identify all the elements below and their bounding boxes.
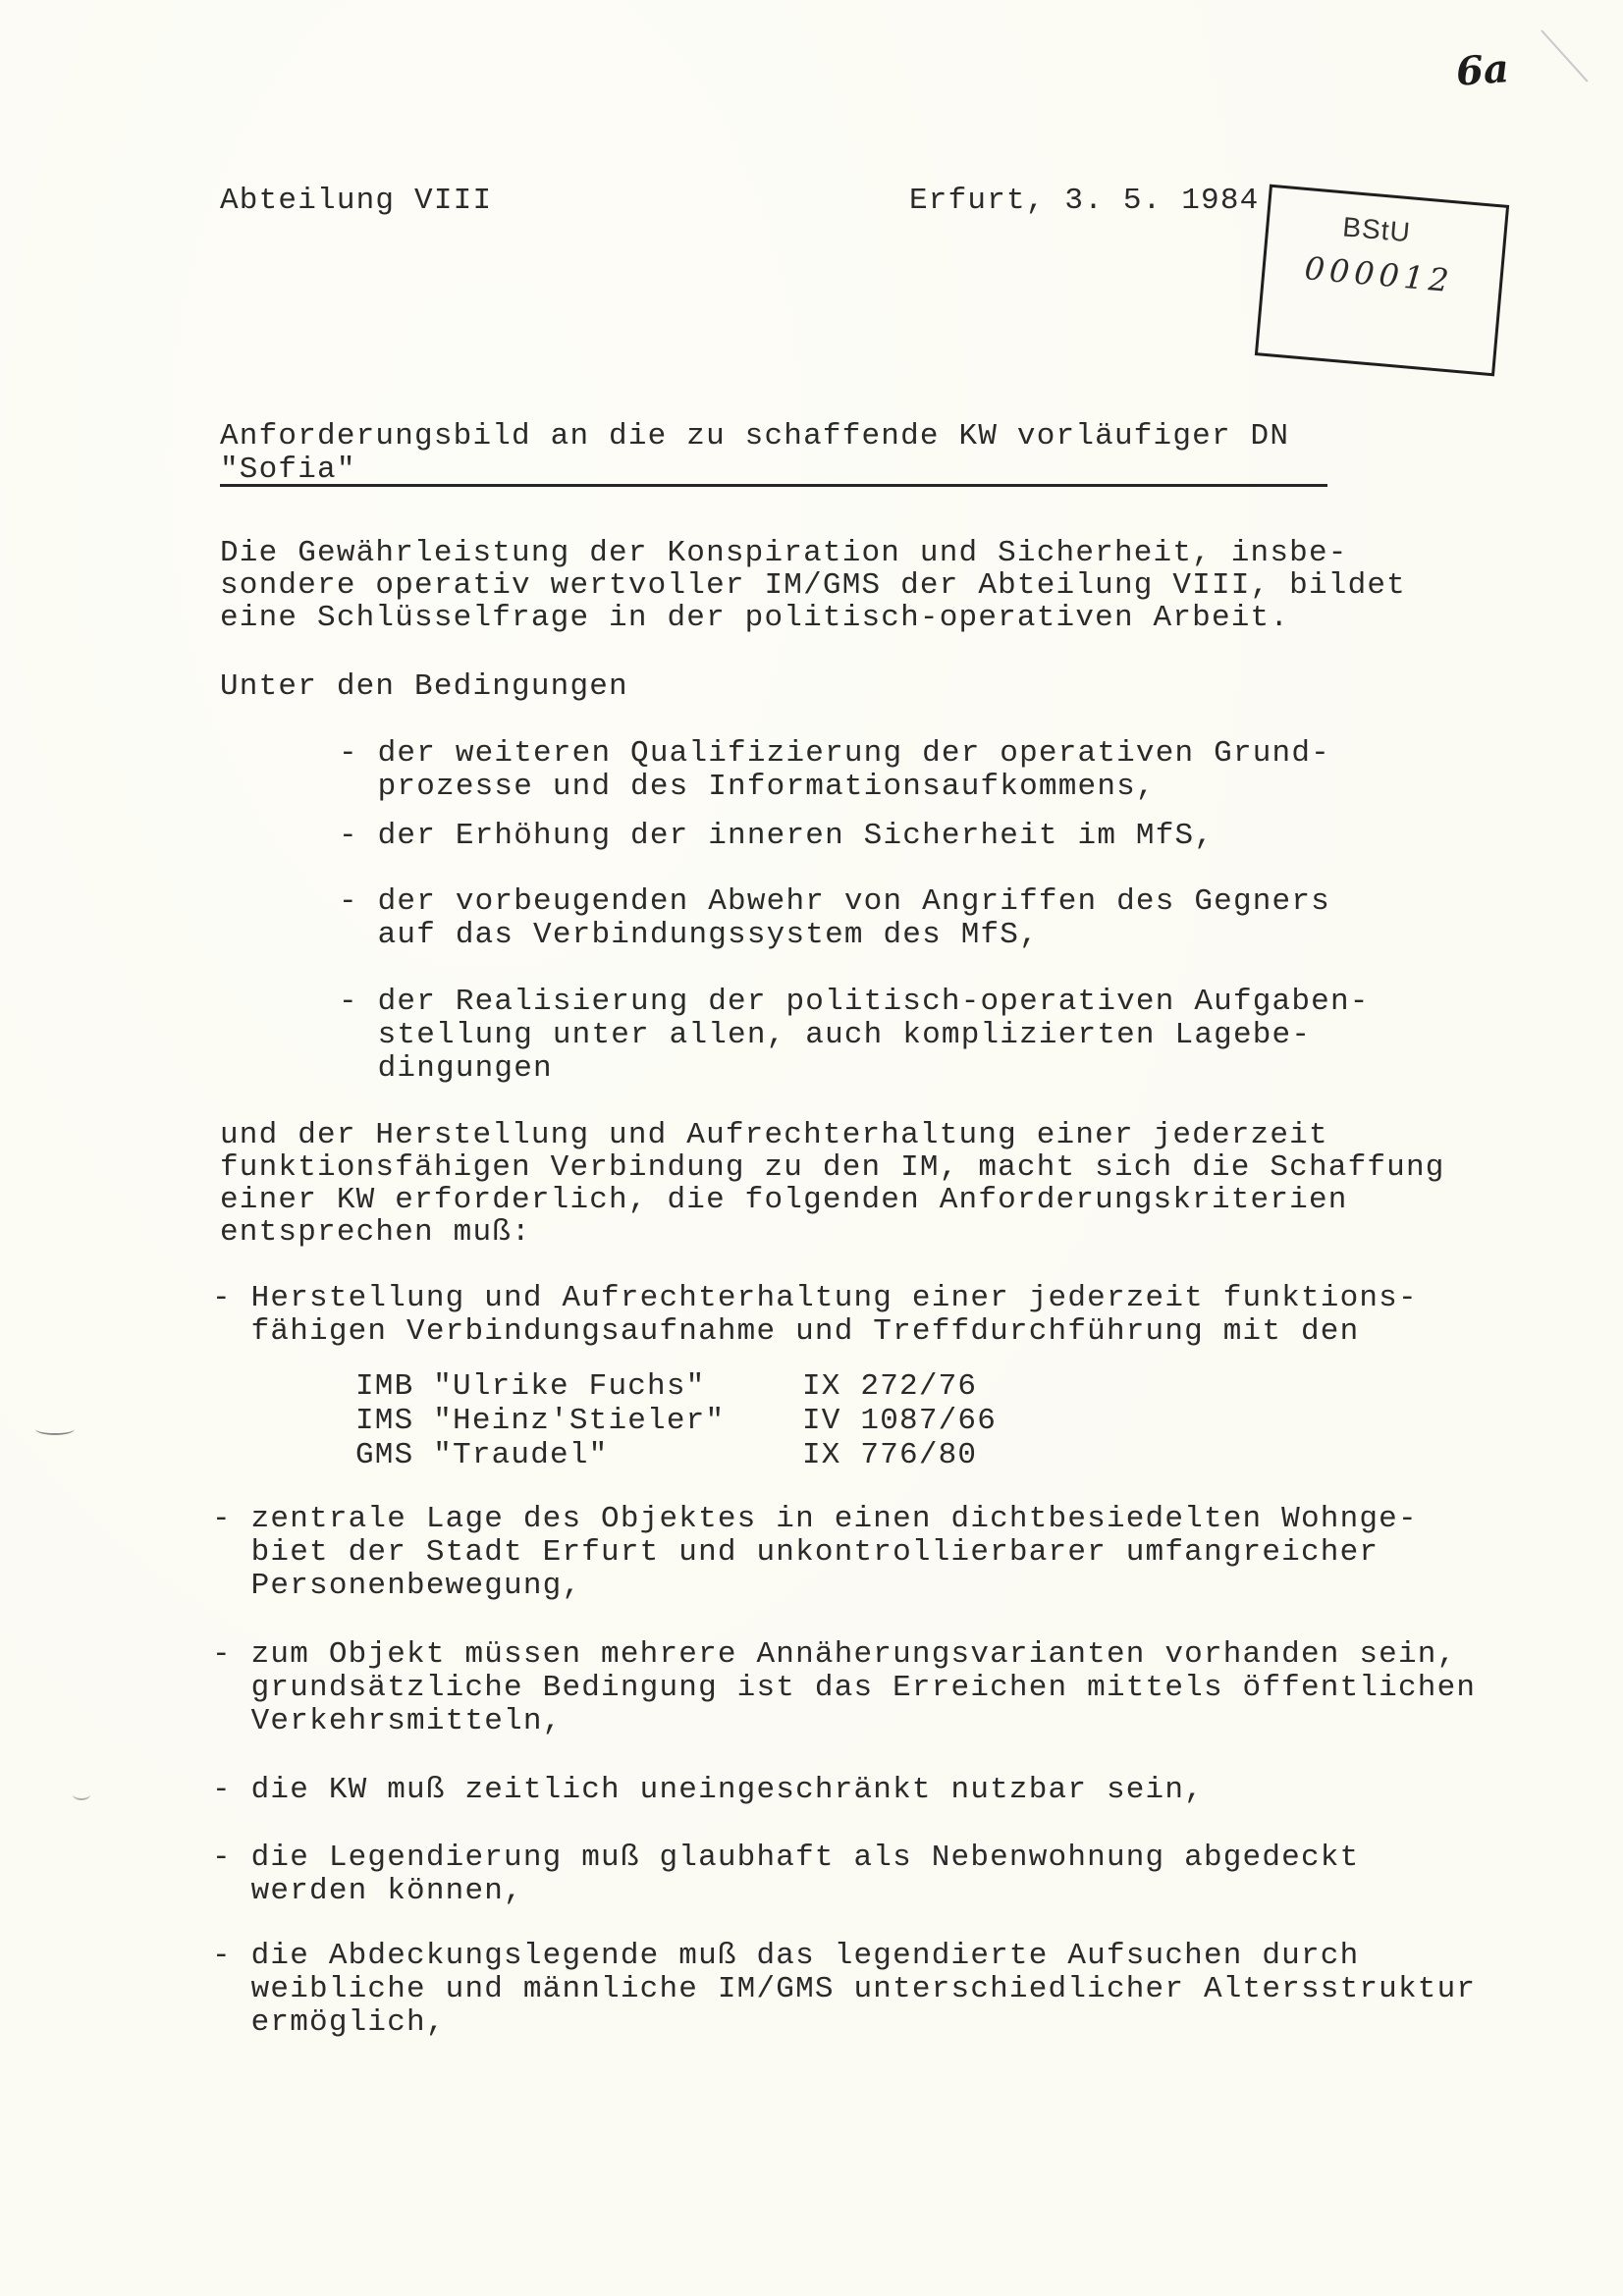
list-line: - zentrale Lage des Objektes in einen di… <box>212 1503 1418 1536</box>
list-line: grundsätzliche Bedingung ist das Erreich… <box>212 1672 1476 1705</box>
list-line: - zum Objekt müssen mehrere Annäherungsv… <box>212 1638 1476 1672</box>
list-line: - die Legendierung muß glaubhaft als Neb… <box>212 1842 1359 1875</box>
paragraph-line: eine Schlüsselfrage in der politisch-ope… <box>220 602 1406 634</box>
list-line: Verkehrsmitteln, <box>212 1705 1476 1738</box>
paragraph-line: sondere operativ wertvoller IM/GMS der A… <box>220 569 1406 602</box>
condition-item: - der Erhöhung der inneren Sicherheit im… <box>339 820 1214 853</box>
handwritten-page-number: 6a <box>1454 45 1510 95</box>
criterion-item: - die Abdeckungslegende muß das legendie… <box>212 1940 1476 2040</box>
department-label: Abteilung VIII <box>220 185 492 218</box>
criterion-item: - die Legendierung muß glaubhaft als Neb… <box>212 1842 1359 1908</box>
paragraph-line: Die Gewährleistung der Konspiration und … <box>220 537 1406 569</box>
contact-registration: IX 272/76 <box>802 1369 977 1404</box>
list-line: weibliche und männliche IM/GMS unterschi… <box>212 1973 1476 2006</box>
list-line: - der weiteren Qualifizierung der operat… <box>339 737 1330 771</box>
criterion-item: - zum Objekt müssen mehrere Annäherungsv… <box>212 1638 1476 1738</box>
list-line: stellung unter allen, auch komplizierten… <box>339 1019 1370 1052</box>
main-paragraph: und der Herstellung und Aufrechterhaltun… <box>220 1119 1445 1249</box>
contact-registration: IV 1087/66 <box>802 1404 997 1438</box>
conditions-intro: Unter den Bedingungen <box>220 670 628 704</box>
list-line: prozesse und des Informationsaufkommens, <box>339 771 1330 804</box>
list-line: - der Realisierung der politisch-operati… <box>339 986 1370 1019</box>
list-line: auf das Verbindungssystem des MfS, <box>339 919 1330 952</box>
list-line: Personenbewegung, <box>212 1570 1418 1603</box>
contact-name: GMS "Traudel" <box>355 1438 802 1472</box>
condition-item: - der weiteren Qualifizierung der operat… <box>339 737 1330 804</box>
paragraph-line: und der Herstellung und Aufrechterhaltun… <box>220 1119 1445 1151</box>
archive-stamp: BStU 000012 <box>1255 185 1509 377</box>
document-page: 6a Abteilung VIII Erfurt, 3. 5. 1984 BSt… <box>0 0 1623 2296</box>
title-underline <box>220 484 1327 487</box>
intro-paragraph: Die Gewährleistung der Konspiration und … <box>220 537 1406 634</box>
contact-name: IMB "Ulrike Fuchs" <box>355 1369 802 1404</box>
margin-pencil-mark <box>35 1423 75 1435</box>
list-line: - Herstellung und Aufrechterhaltung eine… <box>212 1282 1418 1315</box>
contact-list: IMB "Ulrike Fuchs"IX 272/76 IMS "Heinz'S… <box>355 1369 997 1472</box>
paragraph-line: einer KW erforderlich, die folgenden Anf… <box>220 1184 1445 1216</box>
contact-row: GMS "Traudel"IX 776/80 <box>355 1438 997 1472</box>
contact-registration: IX 776/80 <box>802 1438 977 1472</box>
list-line: biet der Stadt Erfurt und unkontrollierb… <box>212 1536 1418 1570</box>
criterion-item: - Herstellung und Aufrechterhaltung eine… <box>212 1282 1418 1349</box>
list-line: werden können, <box>212 1875 1359 1908</box>
list-line: dingungen <box>339 1052 1370 1086</box>
list-line: - die Abdeckungslegende muß das legendie… <box>212 1940 1476 1973</box>
list-line: ermöglich, <box>212 2006 1476 2040</box>
title-line-1: Anforderungsbild an die zu schaffende KW… <box>220 420 1289 454</box>
stamp-label: BStU <box>1341 211 1412 248</box>
condition-item: - der vorbeugenden Abwehr von Angriffen … <box>339 885 1330 952</box>
contact-row: IMS "Heinz'Stieler"IV 1087/66 <box>355 1404 997 1438</box>
criterion-item: - die KW muß zeitlich uneingeschränkt nu… <box>212 1774 1204 1807</box>
contact-name: IMS "Heinz'Stieler" <box>355 1404 802 1438</box>
list-line: - der vorbeugenden Abwehr von Angriffen … <box>339 885 1330 919</box>
document-title: Anforderungsbild an die zu schaffende KW… <box>220 420 1289 487</box>
contact-row: IMB "Ulrike Fuchs"IX 272/76 <box>355 1369 997 1404</box>
stamp-number: 000012 <box>1303 249 1455 299</box>
title-line-2: "Sofia" <box>220 454 1289 487</box>
criterion-item: - zentrale Lage des Objektes in einen di… <box>212 1503 1418 1603</box>
condition-item: - der Realisierung der politisch-operati… <box>339 986 1370 1086</box>
paragraph-line: entsprechen muß: <box>220 1216 1445 1249</box>
margin-pencil-mark <box>73 1789 90 1800</box>
list-line: - die KW muß zeitlich uneingeschränkt nu… <box>212 1774 1204 1807</box>
paragraph-line: funktionsfähigen Verbindung zu den IM, m… <box>220 1151 1445 1184</box>
paper-corner-mark <box>1541 29 1588 81</box>
list-line: - der Erhöhung der inneren Sicherheit im… <box>339 820 1214 853</box>
place-date: Erfurt, 3. 5. 1984 <box>909 185 1259 218</box>
list-line: fähigen Verbindungsaufnahme und Treffdur… <box>212 1315 1418 1349</box>
